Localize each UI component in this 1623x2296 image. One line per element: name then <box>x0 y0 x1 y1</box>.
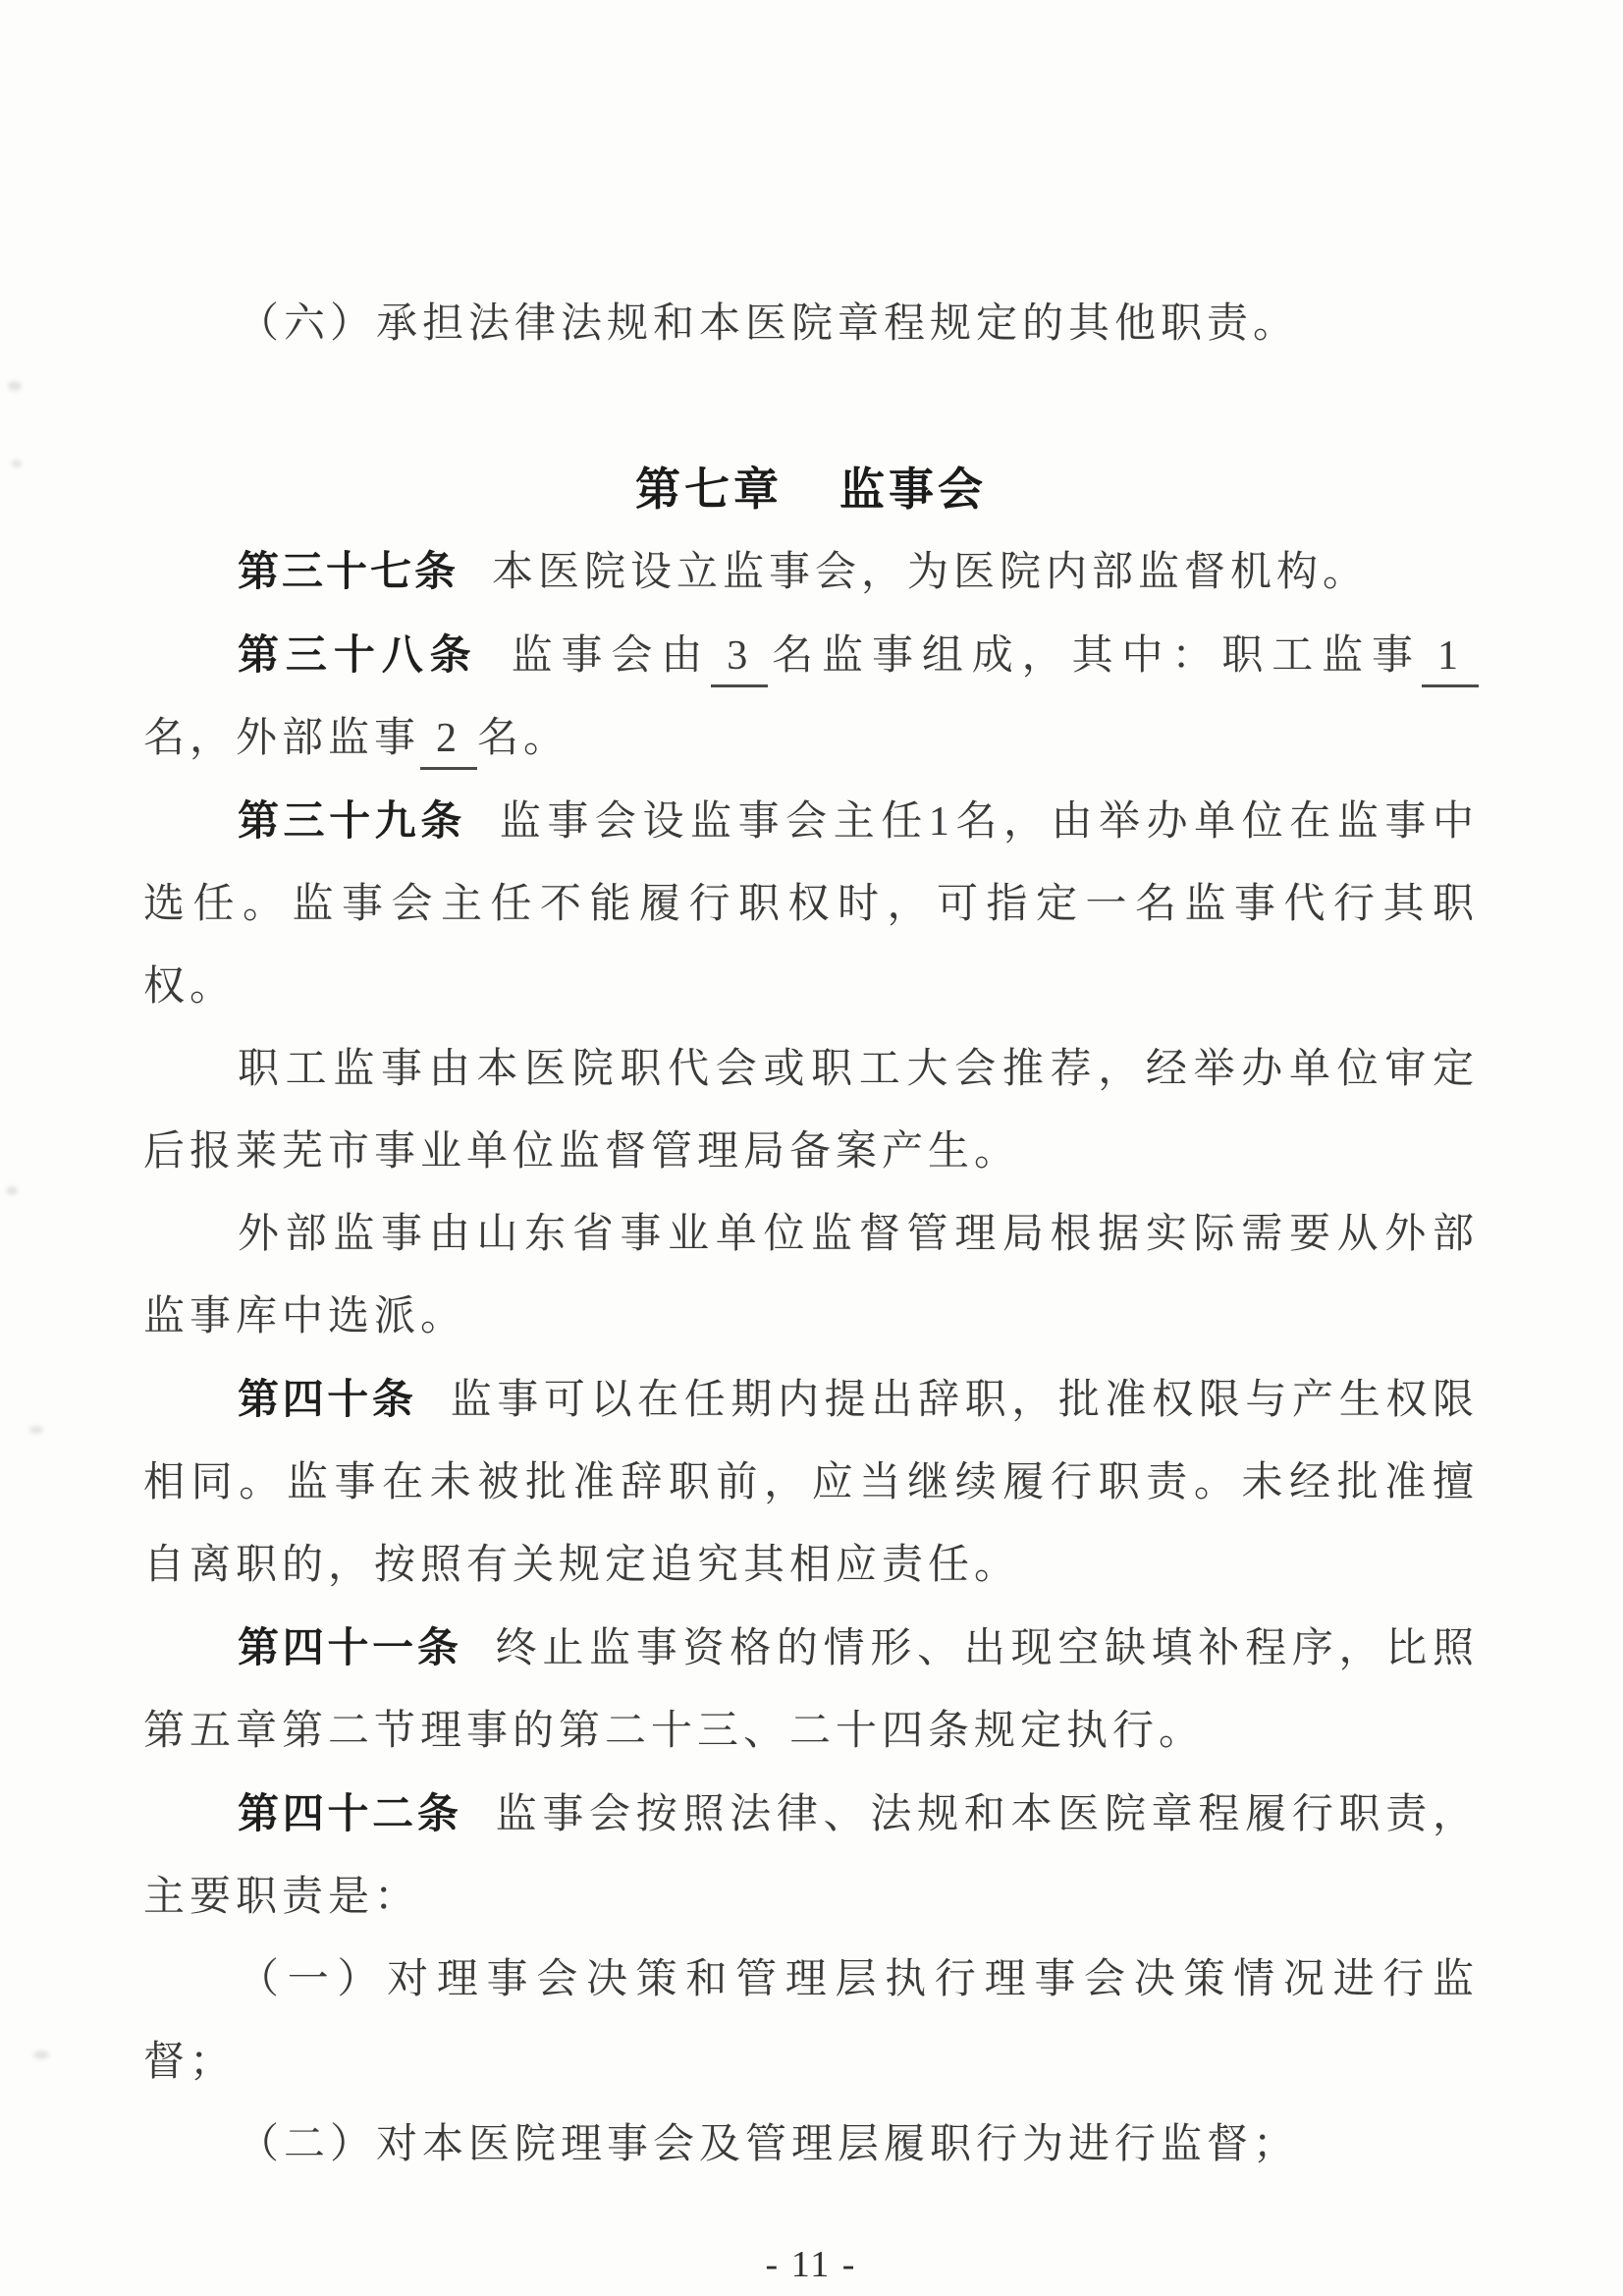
duty-item-two-text: （二）对本医院理事会及管理层履职行为进行监督； <box>238 2122 1299 2167</box>
chapter-heading: 第七章监事会 <box>143 448 1479 530</box>
scan-artifact <box>29 1426 43 1434</box>
supervisor-total-value: 3 <box>711 628 768 687</box>
article-40: 第四十条监事可以在任期内提出辞职，批准权限与产生权限相同。监事在未被批准辞职前，… <box>143 1358 1479 1607</box>
paragraph-external-supervisor-text: 外部监事由山东省事业单位监督管理局根据实际需要从外部监事库中选派。 <box>143 1212 1479 1339</box>
article-42: 第四十二条监事会按照法律、法规和本医院章程履行职责，主要职责是： <box>143 1773 1479 1939</box>
duty-item-two: （二）对本医院理事会及管理层履职行为进行监督； <box>143 2104 1479 2186</box>
scan-artifact <box>8 381 22 391</box>
paragraph-staff-supervisor: 职工监事由本医院职代会或职工大会推荐，经举办单位审定后报莱芜市事业单位监督管理局… <box>143 1028 1479 1193</box>
scan-artifact <box>33 2050 49 2059</box>
paragraph-external-supervisor: 外部监事由山东省事业单位监督管理局根据实际需要从外部监事库中选派。 <box>143 1193 1479 1358</box>
scan-artifact <box>12 460 22 467</box>
article-38-seg3: 名，外部监事 <box>143 716 420 761</box>
external-supervisor-count-value: 2 <box>420 710 477 770</box>
article-38-seg4: 名。 <box>477 716 569 761</box>
duty-item-one-text: （一）对理事会决策和管理层执行理事会决策情况进行监督； <box>143 1957 1479 2085</box>
document-body: （六）承担法律法规和本医院章程规定的其他职责。 第七章监事会 第三十七条本医院设… <box>143 283 1479 2286</box>
list-item-six-text: （六）承担法律法规和本医院章程规定的其他职责。 <box>238 301 1299 347</box>
chapter-title: 监事会 <box>839 464 987 515</box>
article-38-seg2: 名监事组成，其中：职工监事 <box>768 633 1422 679</box>
page-number: - 11 - <box>143 2243 1479 2286</box>
paragraph-staff-supervisor-text: 职工监事由本医院职代会或职工大会推荐，经举办单位审定后报莱芜市事业单位监督管理局… <box>143 1047 1479 1175</box>
article-37-term: 第三十七条 <box>238 548 459 594</box>
article-38: 第三十八条监事会由3名监事组成，其中：职工监事1名，外部监事2名。 <box>143 614 1479 780</box>
article-37-body: 本医院设立监事会，为医院内部监督机构。 <box>492 550 1369 595</box>
article-41-term: 第四十一条 <box>238 1624 462 1670</box>
article-39: 第三十九条监事会设监事会主任1名，由举办单位在监事中选任。监事会主任不能履行职权… <box>143 780 1479 1028</box>
article-40-term: 第四十条 <box>238 1376 417 1422</box>
staff-supervisor-count-value: 1 <box>1422 628 1479 687</box>
chapter-label: 第七章 <box>635 464 783 515</box>
article-41: 第四十一条终止监事资格的情形、出现空缺填补程序，比照第五章第二节理事的第二十三、… <box>143 1607 1479 1773</box>
article-37: 第三十七条本医院设立监事会，为医院内部监督机构。 <box>143 530 1479 614</box>
list-item-six: （六）承担法律法规和本医院章程规定的其他职责。 <box>143 283 1479 365</box>
document-page: （六）承担法律法规和本医院章程规定的其他职责。 第七章监事会 第三十七条本医院设… <box>0 0 1623 2296</box>
article-38-seg1: 监事会由 <box>512 633 712 679</box>
duty-item-one: （一）对理事会决策和管理层执行理事会决策情况进行监督； <box>143 1939 1479 2104</box>
article-39-term: 第三十九条 <box>238 797 466 844</box>
scan-artifact <box>6 1186 18 1195</box>
article-42-term: 第四十二条 <box>238 1790 462 1836</box>
article-38-term: 第三十八条 <box>238 631 478 678</box>
